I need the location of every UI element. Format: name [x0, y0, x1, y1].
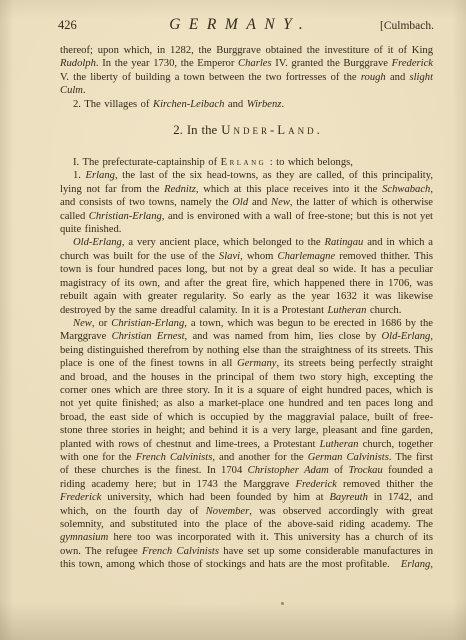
text-run: university, which had been founded by hi…	[101, 492, 329, 503]
text-run: .	[281, 99, 284, 110]
prefecturate-line: I. The prefecturate-captainship of Erlan…	[60, 156, 433, 169]
text-run: , a very ancient place, which belonged t…	[122, 237, 325, 248]
text-run: 2. In the	[173, 123, 221, 137]
text-run: Christopher Adam	[248, 465, 329, 476]
text-run: Rednitz	[164, 184, 196, 195]
erlang-paragraph: 1. Erlang, the last of the six head-town…	[60, 169, 433, 236]
text-run: Lutheran	[320, 439, 359, 450]
text-run: .	[317, 123, 320, 137]
text-run: New	[73, 318, 92, 329]
text-run: Erlang,	[401, 559, 433, 570]
page-header: 426 GERMANY. [Culmbach.	[58, 16, 434, 34]
text-run: New	[271, 197, 290, 208]
old-erlang-paragraph: Old-Erlang, a very ancient place, which …	[60, 236, 433, 316]
text-run: , its streets being perfectly straight a…	[60, 358, 433, 449]
text-run: V. the liberty of building a town betwee…	[60, 72, 361, 83]
new-erlang-paragraph: New, or Christian-Erlang, a town, which …	[60, 317, 433, 572]
text-run: Old-Erlang	[381, 331, 430, 342]
header-section-label: [Culmbach.	[362, 20, 434, 32]
text-run: Old	[232, 197, 248, 208]
text-run: Bayreuth	[329, 492, 367, 503]
text-run: Trockau	[348, 465, 382, 476]
text-run: German Calvinists	[308, 452, 389, 463]
text-run: Lutheran	[328, 305, 367, 316]
text-run: and	[248, 197, 271, 208]
text-run: 2. The villages of	[73, 99, 153, 110]
page-number: 426	[58, 18, 110, 33]
text-run: and	[386, 72, 410, 83]
text-run: French Calvinists	[136, 452, 213, 463]
text-run: and	[224, 99, 246, 110]
text-run: Under-Land	[221, 123, 316, 137]
text-run: Old-Erlang	[73, 237, 122, 248]
page-body-text: thereof; upon which, in 1282, the Burggr…	[60, 44, 433, 572]
text-run: 1.	[73, 170, 86, 181]
text-run: I. The prefecturate-captainship of	[73, 157, 221, 168]
continuation-paragraph: thereof; upon which, in 1282, the Burggr…	[60, 44, 433, 98]
text-run: Frederick	[392, 58, 433, 69]
text-run: Erlang	[221, 157, 267, 168]
underland-heading: 2. In the Under-Land.	[60, 123, 433, 138]
text-run: : to which belongs,	[266, 157, 353, 168]
text-run: Christian-Erlang	[111, 318, 184, 329]
text-run: removed thither the	[337, 479, 433, 490]
text-run: Christian-Erlang	[89, 211, 162, 222]
ink-speck	[281, 602, 284, 605]
text-run: Erlang	[86, 170, 115, 181]
text-run: , and another for the	[212, 452, 307, 463]
text-run: Christian Ernest	[112, 331, 185, 342]
text-run: Charles	[238, 58, 272, 69]
text-run: Slavi	[219, 251, 240, 262]
text-run: thereof; upon which, in 1282, the Burggr…	[60, 45, 433, 56]
text-run: Frederick	[60, 492, 101, 503]
text-run: Kirchen-Leibach	[153, 99, 224, 110]
running-title: GERMANY.	[110, 16, 362, 34]
villages-paragraph: 2. The villages of Kirchen-Leibach and W…	[60, 98, 433, 111]
text-run: Schwabach	[382, 184, 430, 195]
text-run: Ratingau	[324, 237, 363, 248]
text-run: . In the year 1730, the Emperor	[96, 58, 238, 69]
text-run: Rudolph	[60, 58, 96, 69]
text-run: gymnasium	[60, 532, 108, 543]
text-run: , which at this place receives into it t…	[196, 184, 382, 195]
text-run: of	[329, 465, 349, 476]
text-run: Germany	[237, 358, 276, 369]
text-run: , whom	[240, 251, 277, 262]
text-run: church.	[366, 305, 401, 316]
text-run: .	[83, 85, 86, 96]
text-run: Wirbenz	[247, 99, 282, 110]
text-run: , or	[92, 318, 111, 329]
scanned-book-page: 426 GERMANY. [Culmbach. thereof; upon wh…	[0, 0, 466, 640]
text-run: Frederick	[296, 479, 337, 490]
text-run: French Calvinists	[142, 546, 219, 557]
text-run: , and was named from him, lies close by	[185, 331, 382, 342]
text-run: rough	[361, 72, 386, 83]
text-run: IV. granted the Burggrave	[272, 58, 392, 69]
text-run: November	[206, 506, 250, 517]
text-run: Charlemagne	[278, 251, 336, 262]
